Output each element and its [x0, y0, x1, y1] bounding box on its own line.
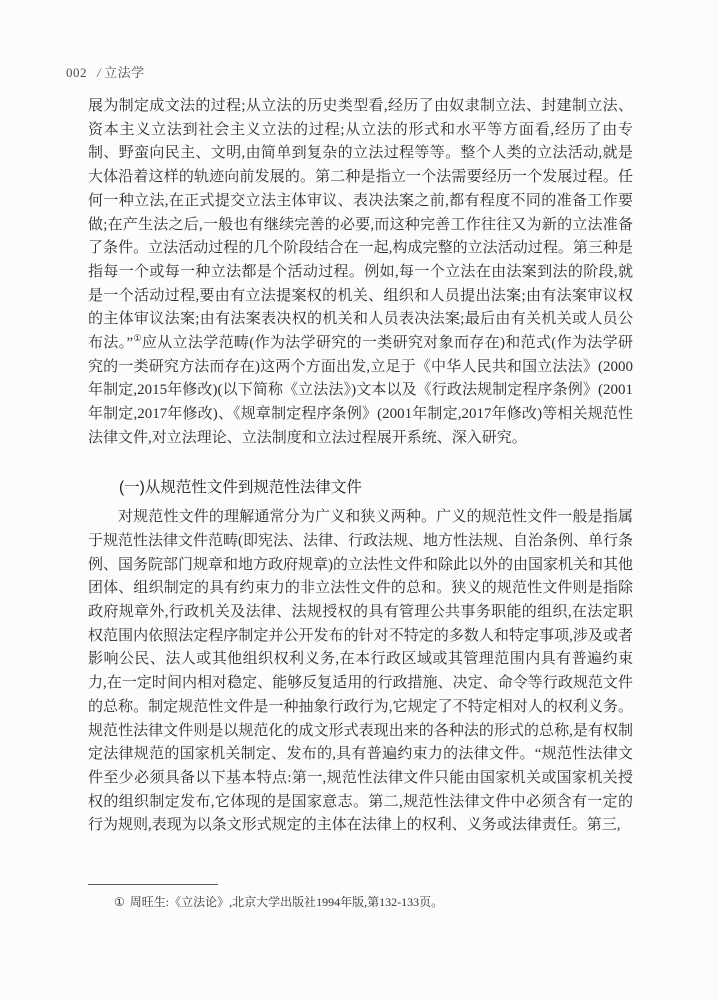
paragraph-1-text: 展为制定成文法的过程;从立法的历史类型看,经历了由奴隶制立法、封建制立法、资本主…: [88, 98, 633, 351]
paragraph-2: 对规范性文件的理解通常分为广义和狭义两种。广义的规范性文件一般是指属于规范性法律…: [88, 506, 633, 838]
book-page: 002/立法学 展为制定成文法的过程;从立法的历史类型看,经历了由奴隶制立法、封…: [0, 0, 718, 1000]
footnote: ①周旺生:《立法论》,北京大学出版社1994年版,第132-133页。: [88, 894, 633, 911]
footnote-text: 周旺生:《立法论》,北京大学出版社1994年版,第132-133页。: [130, 895, 443, 909]
body-text-block: 展为制定成文法的过程;从立法的历史类型看,经历了由奴隶制立法、封建制立法、资本主…: [88, 95, 633, 838]
page-number: 002: [66, 65, 87, 80]
footnote-marker: ①: [114, 895, 125, 909]
paragraph-1: 展为制定成文法的过程;从立法的历史类型看,经历了由奴隶制立法、封建制立法、资本主…: [88, 95, 633, 451]
section-heading: (一)从规范性文件到规范性法律文件: [88, 476, 633, 500]
footnote-reference-mark: ①: [133, 333, 142, 343]
book-title: 立法学: [104, 65, 145, 80]
paragraph-1-continuation: 应从立法学范畴(作为法学研究的一类研究对象而存在)和范式(作为法学研究的一类研究…: [88, 335, 633, 446]
footnote-area: ①周旺生:《立法论》,北京大学出版社1994年版,第132-133页。: [88, 884, 633, 911]
header-separator-slash: /: [97, 65, 101, 80]
running-header: 002/立法学: [66, 62, 145, 81]
footnote-separator-rule: [88, 884, 218, 885]
